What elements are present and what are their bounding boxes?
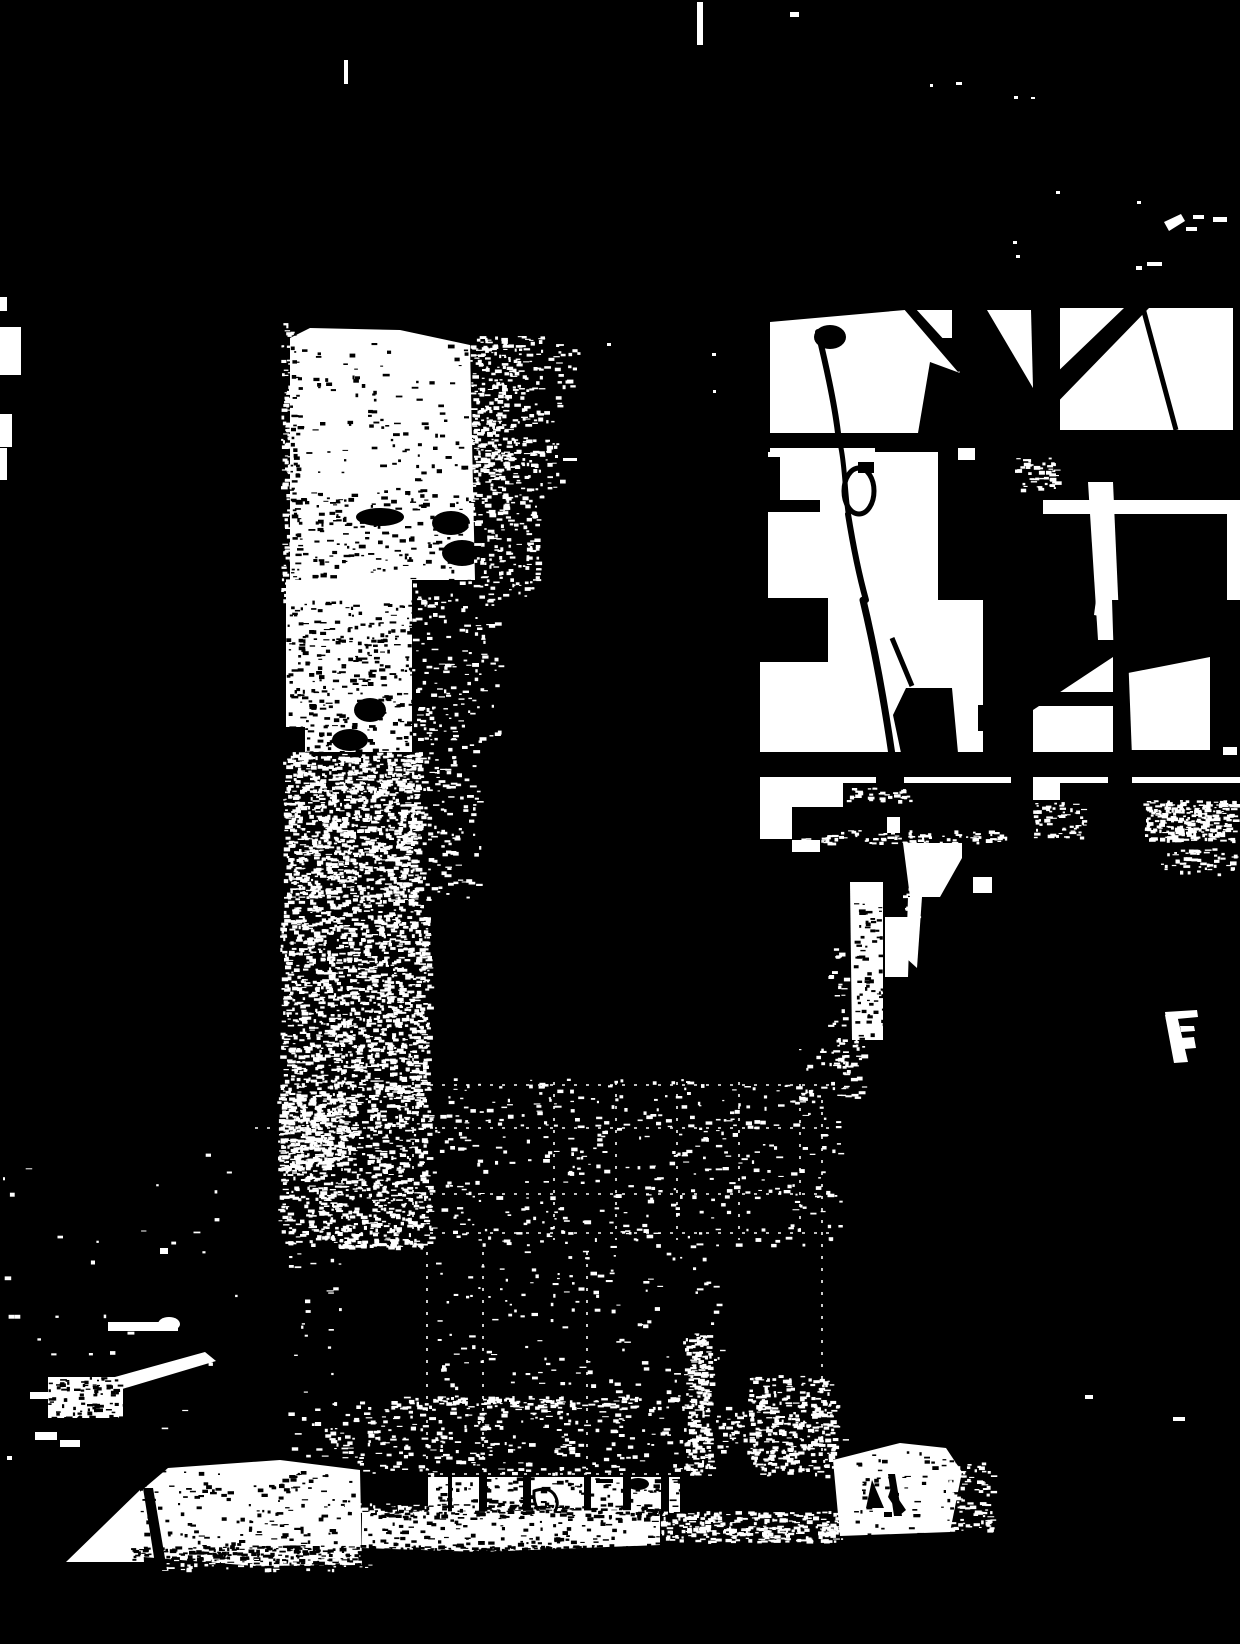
binarized-lab-photo [0,0,1240,1644]
binarized-photo-stage [0,0,1240,1644]
